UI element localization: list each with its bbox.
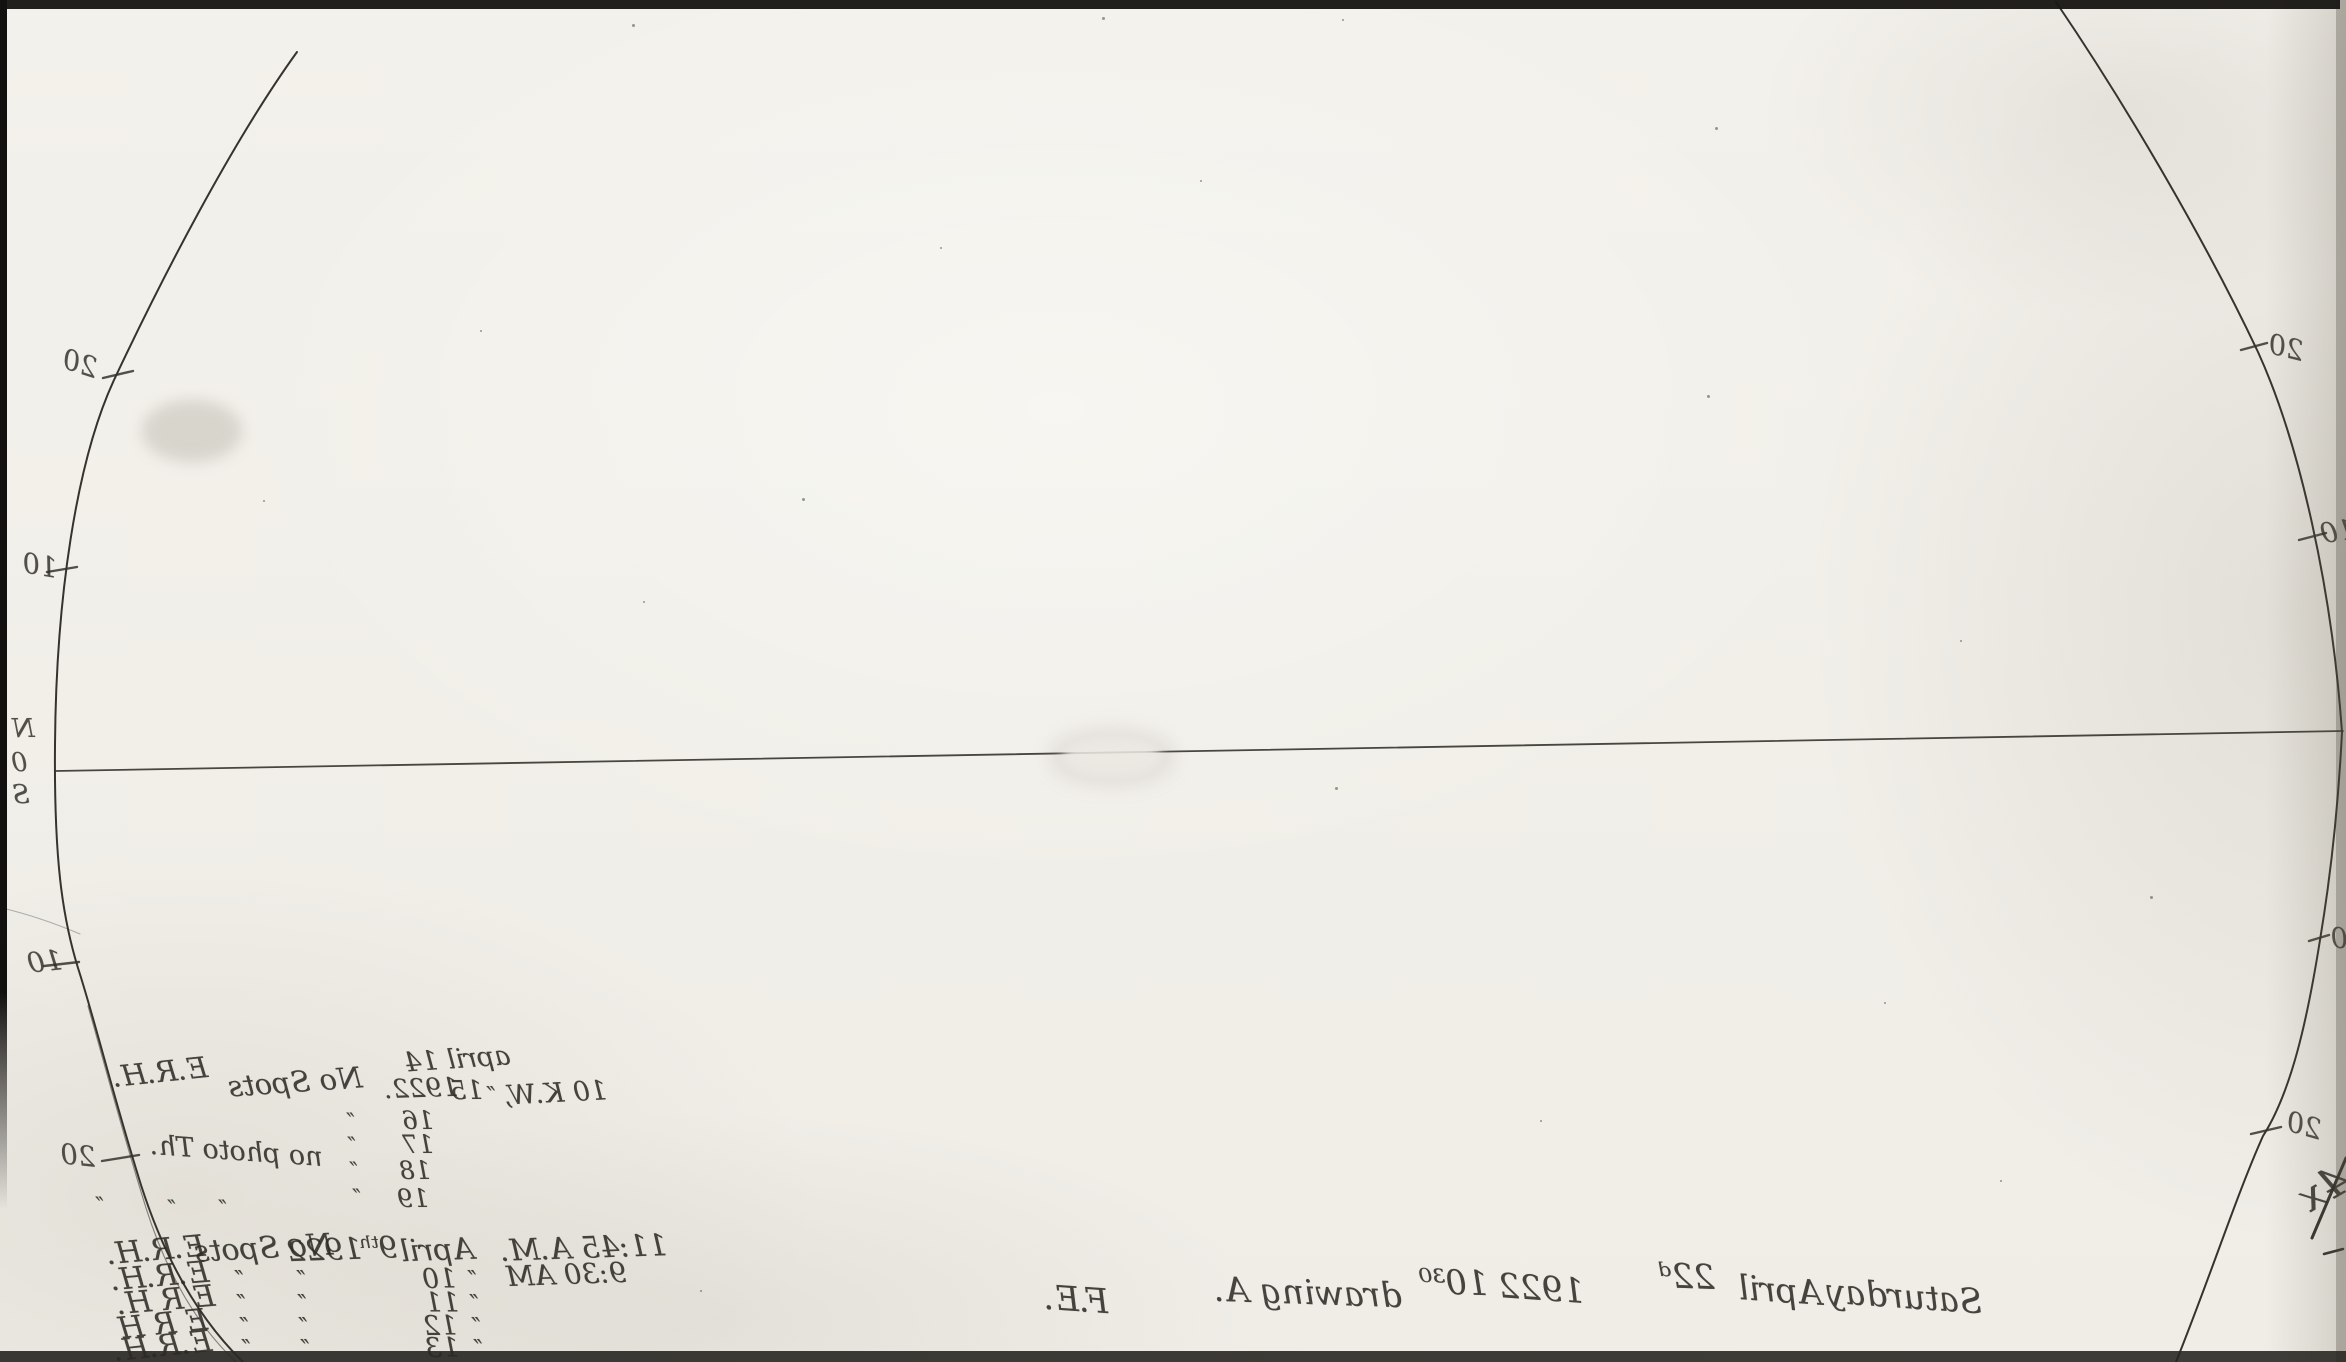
handwriting-word: 19 xyxy=(397,1186,429,1211)
dust-speck xyxy=(802,498,805,501)
center-smudge-core xyxy=(1062,737,1162,777)
scan-edge-top xyxy=(0,0,2340,9)
handwriting-word: 22ᵈ xyxy=(1657,1259,1715,1295)
handwriting-word: ″ xyxy=(352,1188,360,1210)
handwriting-word: April xyxy=(1737,1271,1823,1311)
handwriting-word: ″ xyxy=(346,1112,354,1134)
dust-speck xyxy=(643,601,645,603)
dust-speck xyxy=(632,24,635,27)
handwriting-word: 1922 xyxy=(285,1235,362,1268)
dust-speck xyxy=(1707,395,1710,398)
handwriting-word: ″ xyxy=(234,1268,243,1292)
dust-speck xyxy=(940,247,942,249)
left-smudge xyxy=(142,400,242,462)
handwriting-word: 1922. xyxy=(384,1075,459,1104)
handwriting-word: ″ xyxy=(349,1161,357,1183)
handwriting-word: 10 K.W, xyxy=(503,1077,608,1109)
dust-speck xyxy=(1540,1120,1542,1122)
handwriting-word: 9:30 AM xyxy=(506,1259,628,1291)
handwriting-word: 1922 xyxy=(1497,1269,1586,1309)
dust-speck xyxy=(1715,127,1718,130)
dust-speck xyxy=(1335,787,1338,790)
handwriting-word: 9ᵗʰ xyxy=(358,1234,397,1264)
handwriting-word: 10³⁰ xyxy=(1417,1265,1489,1301)
handwriting-word: april 14 xyxy=(403,1042,511,1076)
dust-speck xyxy=(1102,17,1105,20)
handwriting-word: ″ xyxy=(95,1196,103,1218)
dust-speck xyxy=(2150,896,2153,899)
dust-speck xyxy=(480,330,482,332)
dust-speck xyxy=(700,1290,702,1292)
dust-speck xyxy=(2000,1180,2002,1182)
handwriting-word: 17 xyxy=(402,1132,434,1157)
dust-speck xyxy=(263,500,265,502)
tick-label-left-s: S xyxy=(12,782,30,808)
scan-edge-left xyxy=(0,0,7,1210)
handwriting-word: Saturday xyxy=(1825,1275,1984,1320)
handwriting-word: ″ xyxy=(486,1084,495,1108)
tick-label-left-10-lower: 10 xyxy=(26,946,64,978)
scan-edge-bottom xyxy=(0,1351,2346,1362)
tick-label-left-n: N xyxy=(12,716,35,742)
handwriting-word: drawing A. xyxy=(1213,1273,1402,1314)
handwriting-word: 18 xyxy=(399,1158,431,1183)
handwriting-word: ″ xyxy=(296,1268,305,1292)
handwriting-word: F.E. xyxy=(1043,1281,1110,1319)
tick-label-left-20-lower: 20 xyxy=(59,1140,97,1172)
tick-label-left-10-upper: 10 xyxy=(20,549,60,583)
scan-edge-right-strip xyxy=(2336,0,2346,1362)
dust-speck xyxy=(1884,1002,1886,1004)
handwriting-word: ″ xyxy=(347,1136,355,1158)
handwriting-word: April xyxy=(399,1235,474,1268)
tick-label-left-0: 0 xyxy=(11,750,28,776)
dust-speck xyxy=(1200,180,1202,182)
handwriting-word: ″ xyxy=(167,1199,175,1221)
dust-speck xyxy=(1960,640,1962,642)
dust-speck xyxy=(1342,19,1344,21)
equator-line xyxy=(55,731,2343,771)
handwriting-word: ″ xyxy=(467,1268,476,1292)
scan-edge-right-shade xyxy=(2266,0,2346,1362)
scanned-solar-plate: 2010N0S102020101020april 1410 K.W,″15192… xyxy=(0,0,2346,1362)
handwriting-word: ″ xyxy=(218,1199,226,1221)
